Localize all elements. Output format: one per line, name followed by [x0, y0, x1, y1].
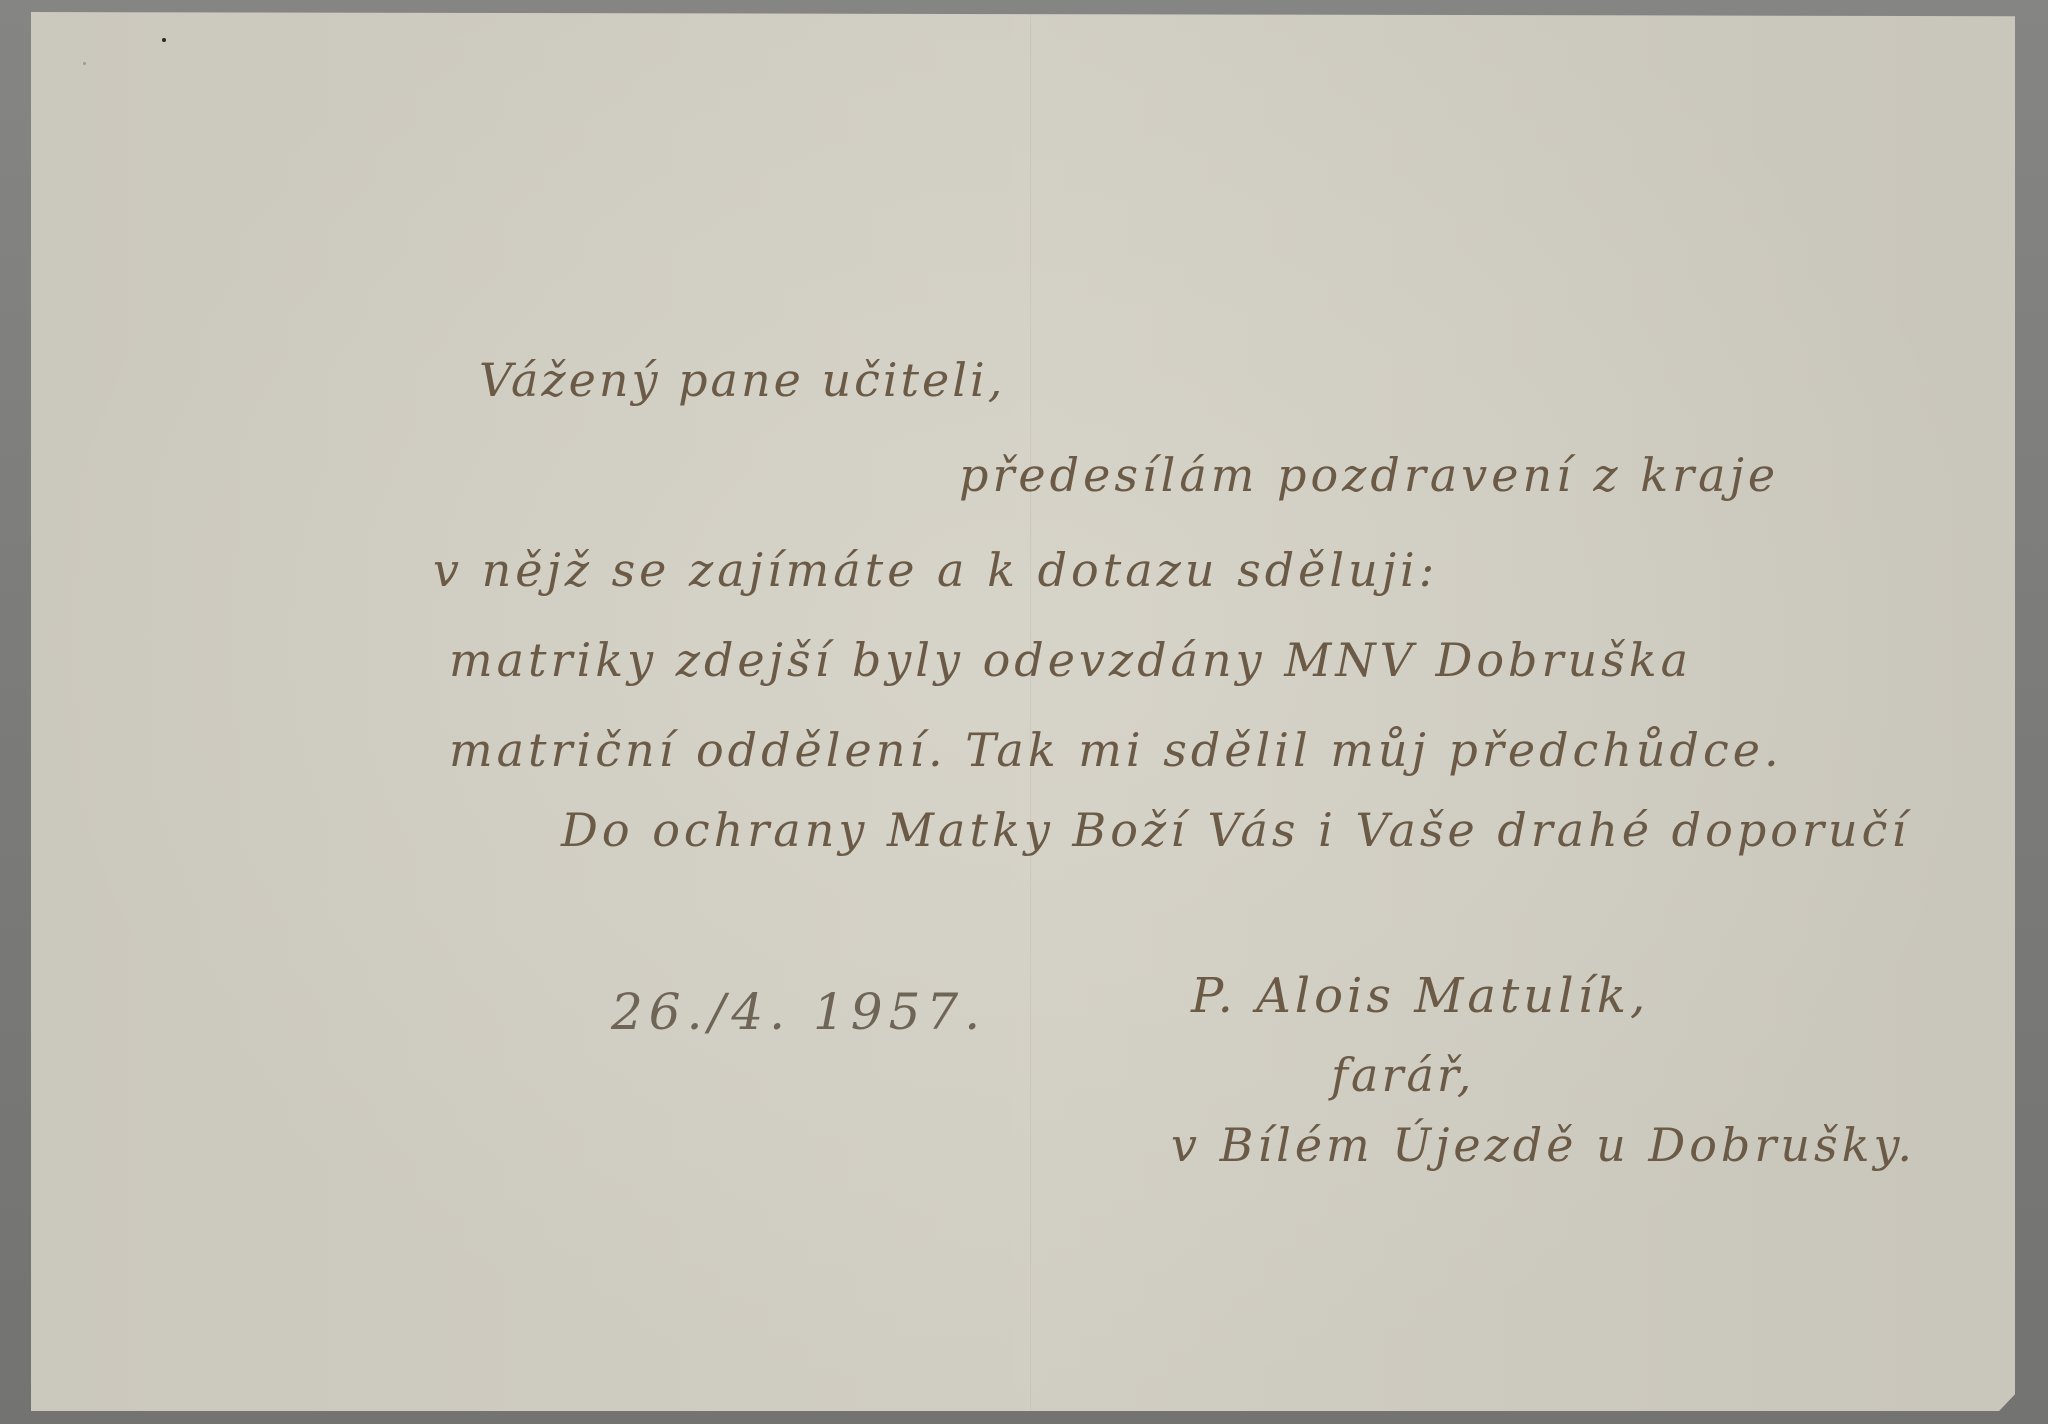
- ink-speck: [83, 62, 86, 65]
- letter-body-line: předesílám pozdravení z kraje: [959, 452, 1779, 498]
- letter-date: 26./4. 1957.: [611, 987, 986, 1037]
- signature-title: farář,: [1331, 1052, 1474, 1098]
- letter-greeting: Vážený pane učiteli,: [479, 357, 1005, 403]
- paper-fold-line: [1029, 12, 1032, 1411]
- letter-body-line: Do ochrany Matky Boží Vás i Vaše drahé d…: [561, 807, 1910, 853]
- letter-body-line: matriční oddělení. Tak mi sdělil můj pře…: [449, 727, 1783, 773]
- letter-sheet: Vážený pane učiteli, předesílám pozdrave…: [31, 12, 2015, 1411]
- letter-body-line: v nějž se zajímáte a k dotazu sděluji:: [433, 547, 1438, 593]
- letter-body-line: matriky zdejší byly odevzdány MNV Dobruš…: [449, 637, 1692, 683]
- signature-name: P. Alois Matulík,: [1191, 972, 1649, 1020]
- ink-speck: [162, 38, 166, 42]
- signature-place: v Bílém Újezdě u Dobrušky.: [1171, 1122, 1916, 1168]
